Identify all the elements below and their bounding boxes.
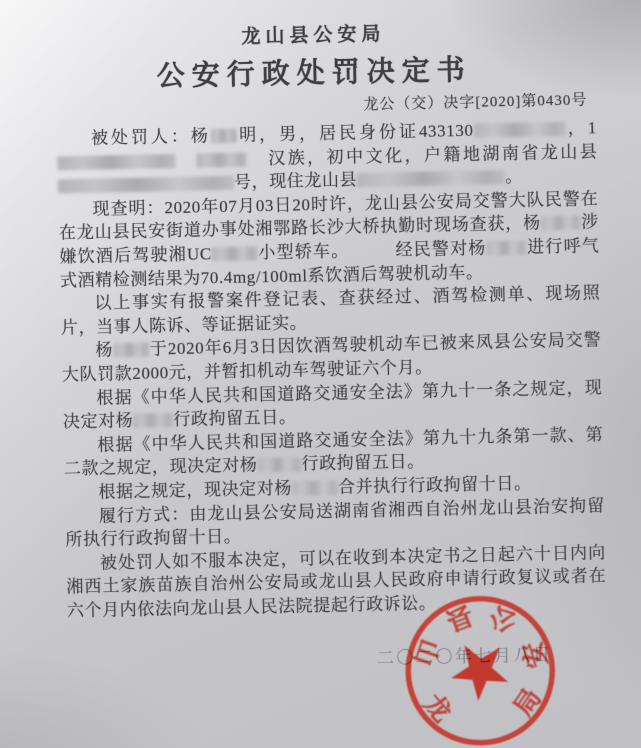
penalty-decision-document: 龙山县公安局 公安行政处罚决定书 龙公（交）决字[2020]第0430号 被处罚… <box>0 0 641 748</box>
paragraph: 现查明：2020年07月03日20时许，龙山县公安局交警大队民警在在龙山县民安街… <box>58 187 600 293</box>
redacted-blur <box>292 481 338 496</box>
redacted-blur <box>541 216 581 231</box>
redacted-blur <box>58 176 234 194</box>
redacted-blur <box>473 122 565 138</box>
paragraph: 被处罚人：杨明，男，居民身份证433130，1 汉族，初中文化，户籍地湖南省龙山… <box>57 116 598 198</box>
seal-graphic: 龙 山 县 公 安 局 <box>399 589 562 748</box>
redacted-blur <box>197 152 247 167</box>
document-body: 被处罚人：杨明，男，居民身份证433130，1 汉族，初中文化，户籍地湖南省龙山… <box>57 116 607 623</box>
redacted-blur <box>133 413 173 428</box>
official-seal: 龙 山 县 公 安 局 <box>399 589 562 748</box>
seal-char: 龙 <box>418 689 457 728</box>
redacted-blur <box>113 343 149 358</box>
redacted-blur <box>486 241 526 256</box>
star-icon <box>450 645 510 703</box>
redacted-blur <box>57 154 175 170</box>
document-photo: 龙山县公安局 公安行政处罚决定书 龙公（交）决字[2020]第0430号 被处罚… <box>0 0 641 748</box>
redacted-blur <box>357 170 505 187</box>
redacted-blur <box>257 458 301 473</box>
seal-char: 局 <box>508 684 547 722</box>
redacted-blur <box>211 129 237 144</box>
redacted-blur <box>212 246 258 261</box>
